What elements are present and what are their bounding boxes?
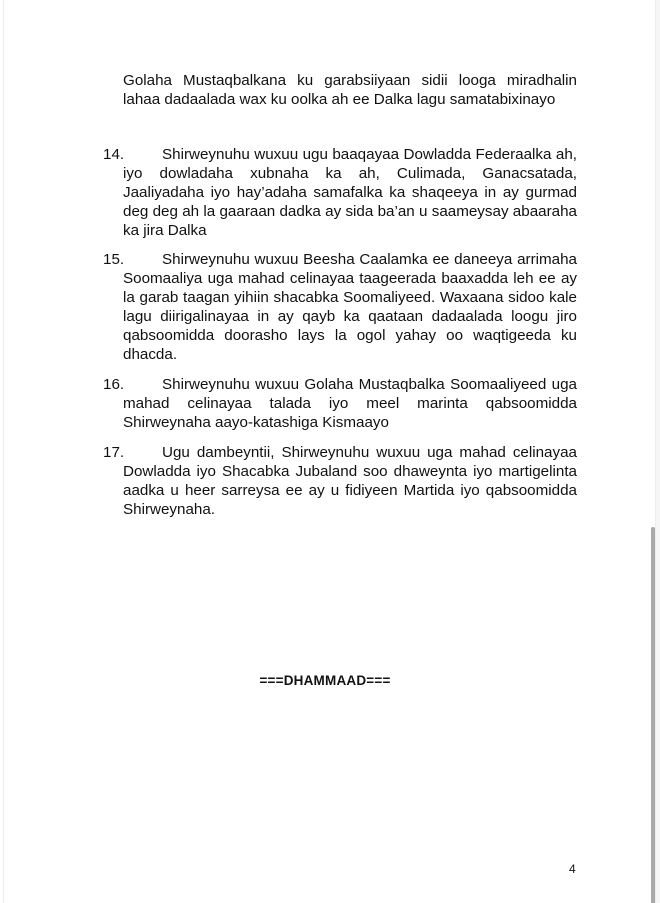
list-item-17: 17. Ugu dambeyntii, Shirweynuhu wuxuu ug… [103, 443, 577, 519]
list-item-14: 14. Shirweynuhu wuxuu ugu baaqayaa Dowla… [103, 145, 577, 240]
item-text: Shirweynuhu wuxuu ugu baaqayaa Dowladda … [123, 145, 577, 240]
item-text: Ugu dambeyntii, Shirweynuhu wuxuu uga ma… [123, 443, 577, 519]
continuation-text: Golaha Mustaqbalkana ku garabsiiyaan sid… [123, 71, 577, 109]
scrollbar-thumb[interactable] [651, 527, 655, 903]
item-number: 17. [103, 443, 124, 462]
item-text: Shirweynuhu wuxuu Beesha Caalamka ee dan… [123, 250, 577, 364]
document-page: Golaha Mustaqbalkana ku garabsiiyaan sid… [0, 0, 650, 903]
continuation-paragraph: Golaha Mustaqbalkana ku garabsiiyaan sid… [123, 71, 577, 109]
item-number: 14. [103, 145, 124, 164]
list-item-15: 15. Shirweynuhu wuxuu Beesha Caalamka ee… [103, 250, 577, 364]
item-text: Shirweynuhu wuxuu Golaha Mustaqbalka Soo… [123, 375, 577, 432]
scrollbar-track[interactable] [655, 0, 660, 903]
list-item-16: 16. Shirweynuhu wuxuu Golaha Mustaqbalka… [103, 375, 577, 432]
item-number: 15. [103, 250, 124, 269]
page-number: 4 [569, 862, 576, 876]
end-marker: ===DHAMMAAD=== [0, 673, 650, 688]
item-number: 16. [103, 375, 124, 394]
